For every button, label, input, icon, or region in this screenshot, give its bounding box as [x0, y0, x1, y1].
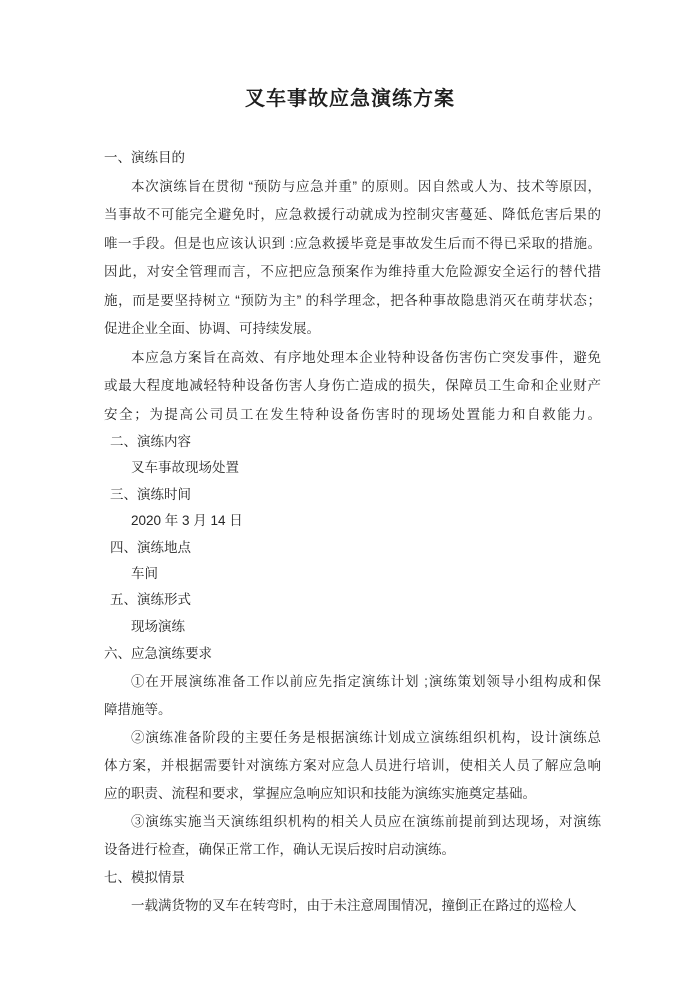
body-line: ③演练实施当天演练组织机构的相关人员应在演练前提前到达现场，对演练: [104, 808, 601, 836]
body-line: 现场演练: [104, 614, 601, 640]
body-line: 因此，对安全管理而言，不应把应急预案作为维持重大危险源安全运行的替代措: [104, 258, 601, 287]
body-line: 2020 年 3 月 14 日: [104, 508, 601, 534]
body-line: 体方案，并根据需要针对演练方案对应急人员进行培训，使相关人员了解应急响: [104, 752, 601, 780]
section-heading-2: 二、演练内容: [104, 429, 601, 455]
body-line: 一载满货物的叉车在转弯时，由于未注意周围情况，撞倒正在路过的巡检人: [104, 892, 601, 920]
section-heading-6: 六、应急演练要求: [104, 640, 601, 668]
doc-title: 叉车事故应急演练方案: [0, 0, 700, 112]
body-line: 当事故不可能完全避免时，应急救援行动就成为控制灾害蔓延、降低危害后果的: [104, 201, 601, 230]
body-line: 安全；为提高公司员工在发生特种设备伤害时的现场处置能力和自救能力。: [104, 401, 601, 430]
body-line: 本次演练旨在贯彻 “预防与应急并重” 的原则。因自然或人为、技术等原因，: [104, 173, 601, 202]
body-line: 障措施等。: [104, 696, 601, 724]
body-line: ②演练准备阶段的主要任务是根据演练计划成立演练组织机构，设计演练总: [104, 724, 601, 752]
body-line: 叉车事故现场处置: [104, 455, 601, 481]
section-heading-7: 七、模拟情景: [104, 864, 601, 892]
section-heading-1: 一、演练目的: [104, 144, 601, 173]
body-line: 本应急方案旨在高效、有序地处理本企业特种设备伤害伤亡突发事件，避免: [104, 344, 601, 373]
body-line: 促进企业全面、协调、可持续发展。: [104, 315, 601, 344]
body-line: 设备进行检查，确保正常工作，确认无误后按时启动演练。: [104, 836, 601, 864]
section-heading-5: 五、演练形式: [104, 587, 601, 613]
body-line: 唯一手段。但是也应该认识到 :应急救援毕竟是事故发生后而不得已采取的措施。: [104, 230, 601, 259]
doc-body: 一、演练目的 本次演练旨在贯彻 “预防与应急并重” 的原则。因自然或人为、技术等…: [104, 144, 601, 920]
section-heading-3: 三、演练时间: [104, 482, 601, 508]
body-line: 或最大程度地减轻特种设备伤害人身伤亡造成的损失，保障员工生命和企业财产: [104, 372, 601, 401]
body-line: 施，而是要坚持树立 “预防为主” 的科学理念，把各种事故隐患消灭在萌芽状态；: [104, 287, 601, 316]
section-heading-4: 四、演练地点: [104, 535, 601, 561]
body-line: 应的职责、流程和要求，掌握应急响应知识和技能为演练实施奠定基础。: [104, 780, 601, 808]
body-line: ①在开展演练准备工作以前应先指定演练计划 ;演练策划领导小组构成和保: [104, 668, 601, 696]
document-page: 叉车事故应急演练方案 一、演练目的 本次演练旨在贯彻 “预防与应急并重” 的原则…: [0, 0, 700, 990]
body-line: 车间: [104, 561, 601, 587]
